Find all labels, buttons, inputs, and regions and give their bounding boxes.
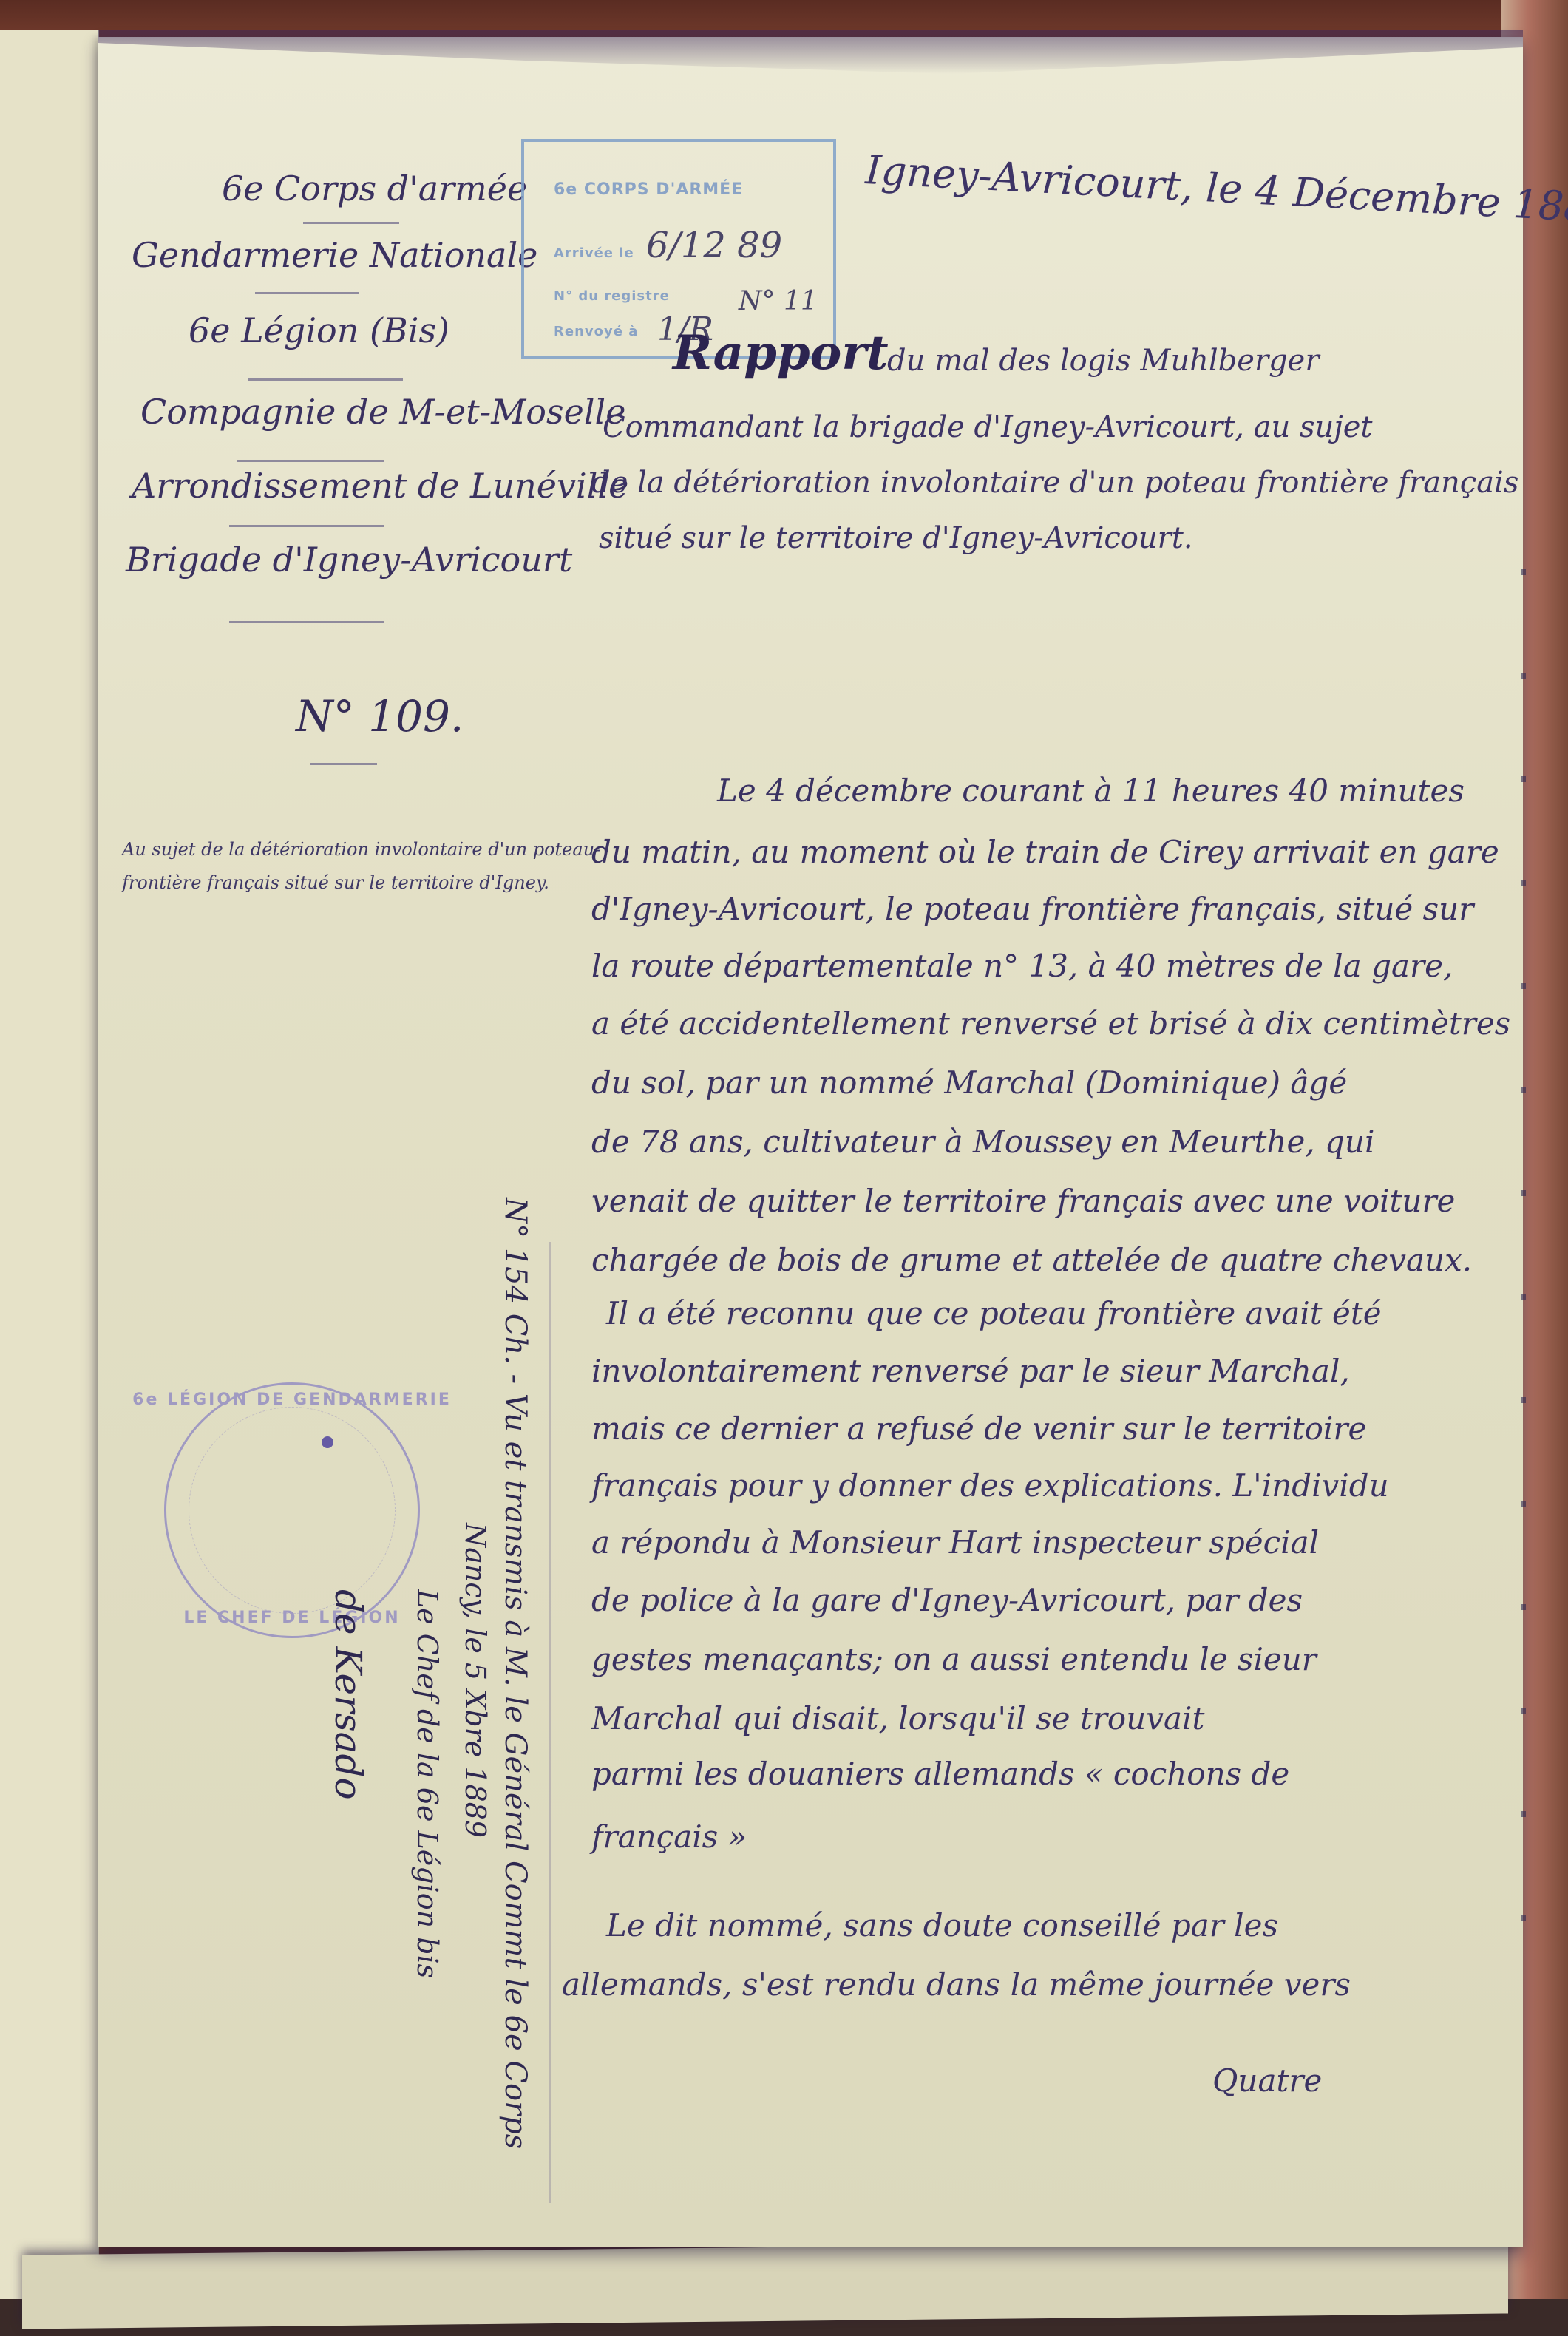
body-line: français pour y donner des explications.… [591,1467,1389,1504]
divider [255,292,359,294]
divider [237,460,384,462]
header-arrondissement: Arrondissement de Lunéville [132,466,628,506]
margin-annotation-place-date: Nancy, le 5 Xbre 1889 [459,1523,492,1838]
body-line: venait de quitter le territoire français… [591,1183,1455,1219]
header-corps: 6e Corps d'armée [222,169,527,208]
header-legion: 6e Légion (Bis) [189,310,449,350]
body-line: du sol, par un nommé Marchal (Dominique)… [591,1065,1347,1101]
body-line: français » [591,1819,747,1855]
title-line: Commandant la brigade d'Igney-Avricourt,… [603,410,1372,444]
stamp-line: Arrivée le [554,245,634,261]
body-line: Le dit nommé, sans doute conseillé par l… [606,1907,1278,1943]
body-line: d'Igney-Avricourt, le poteau frontière f… [591,891,1473,927]
seal-inner-ring [189,1407,396,1614]
divider [229,621,384,623]
header-compagnie: Compagnie de M-et-Moselle [140,392,625,432]
body-line: chargée de bois de grume et attelée de q… [591,1242,1472,1278]
body-line: a été accidentellement renversé et brisé… [591,1005,1510,1042]
body-line: gestes menaçants; on a aussi entendu le … [591,1641,1317,1677]
title-line: du mal des logis Muhlberger [887,344,1319,378]
bleed-through-marks [1521,517,1526,1996]
margin-annotation-signature: de Kersado [327,1589,370,1800]
stamp-date: 6/12 89 [646,225,782,266]
subject-note: Au sujet de la détérioration involontair… [122,839,600,860]
underlying-page-left [0,30,99,2306]
body-line: mais ce dernier a refusé de venir sur le… [591,1410,1366,1447]
catchword: Quatre [1212,2062,1322,2099]
body-line: parmi les douaniers allemands « cochons … [591,1756,1289,1792]
ink-blot [322,1436,333,1448]
title-line: de la détérioration involontaire d'un po… [591,466,1518,500]
report-title: Rapport [673,325,889,381]
header-gendarmerie: Gendarmerie Nationale [132,235,537,275]
body-line: Il a été reconnu que ce poteau frontière… [606,1295,1382,1331]
margin-rule [549,1242,551,2203]
divider [310,763,377,765]
body-line: la route départementale n° 13, à 40 mètr… [591,948,1453,984]
header-brigade: Brigade d'Igney-Avricourt [126,540,572,580]
margin-annotation-transmittal: N° 154 Ch. - Vu et transmis à M. le Géné… [498,1198,532,2149]
body-line: de police à la gare d'Igney-Avricourt, p… [591,1582,1303,1618]
seal-top-text: 6e LÉGION DE GENDARMERIE [132,1391,452,1409]
subject-note: frontière français situé sur le territoi… [122,872,549,893]
body-line: allemands, s'est rendu dans la même jour… [562,1966,1351,2003]
body-line: Marchal qui disait, lorsqu'il se trouvai… [591,1700,1204,1736]
stamp-line: N° du registre [554,288,670,304]
stamp-line: 6e CORPS D'ARMÉE [554,180,743,199]
divider [229,525,384,527]
report-number: N° 109. [296,691,464,741]
divider [303,222,399,224]
title-line: situé sur le territoire d'Igney-Avricour… [599,521,1193,555]
body-line: Le 4 décembre courant à 11 heures 40 min… [717,773,1465,809]
divider [248,378,403,381]
body-line: du matin, au moment où le train de Cirey… [591,834,1499,870]
margin-annotation-chef: Le Chef de la 6e Légion bis [411,1589,444,1978]
body-line: a répondu à Monsieur Hart inspecteur spé… [591,1524,1319,1561]
stamp-line: Renvoyé à [554,324,638,339]
body-line: de 78 ans, cultivateur à Moussey en Meur… [591,1124,1374,1160]
stamp-number: N° 11 [739,286,818,316]
legion-seal: 6e LÉGION DE GENDARMERIE LE CHEF DE LÉGI… [164,1382,420,1638]
underlying-page-bottom [22,2239,1508,2329]
body-line: involontairement renversé par le sieur M… [591,1353,1350,1389]
